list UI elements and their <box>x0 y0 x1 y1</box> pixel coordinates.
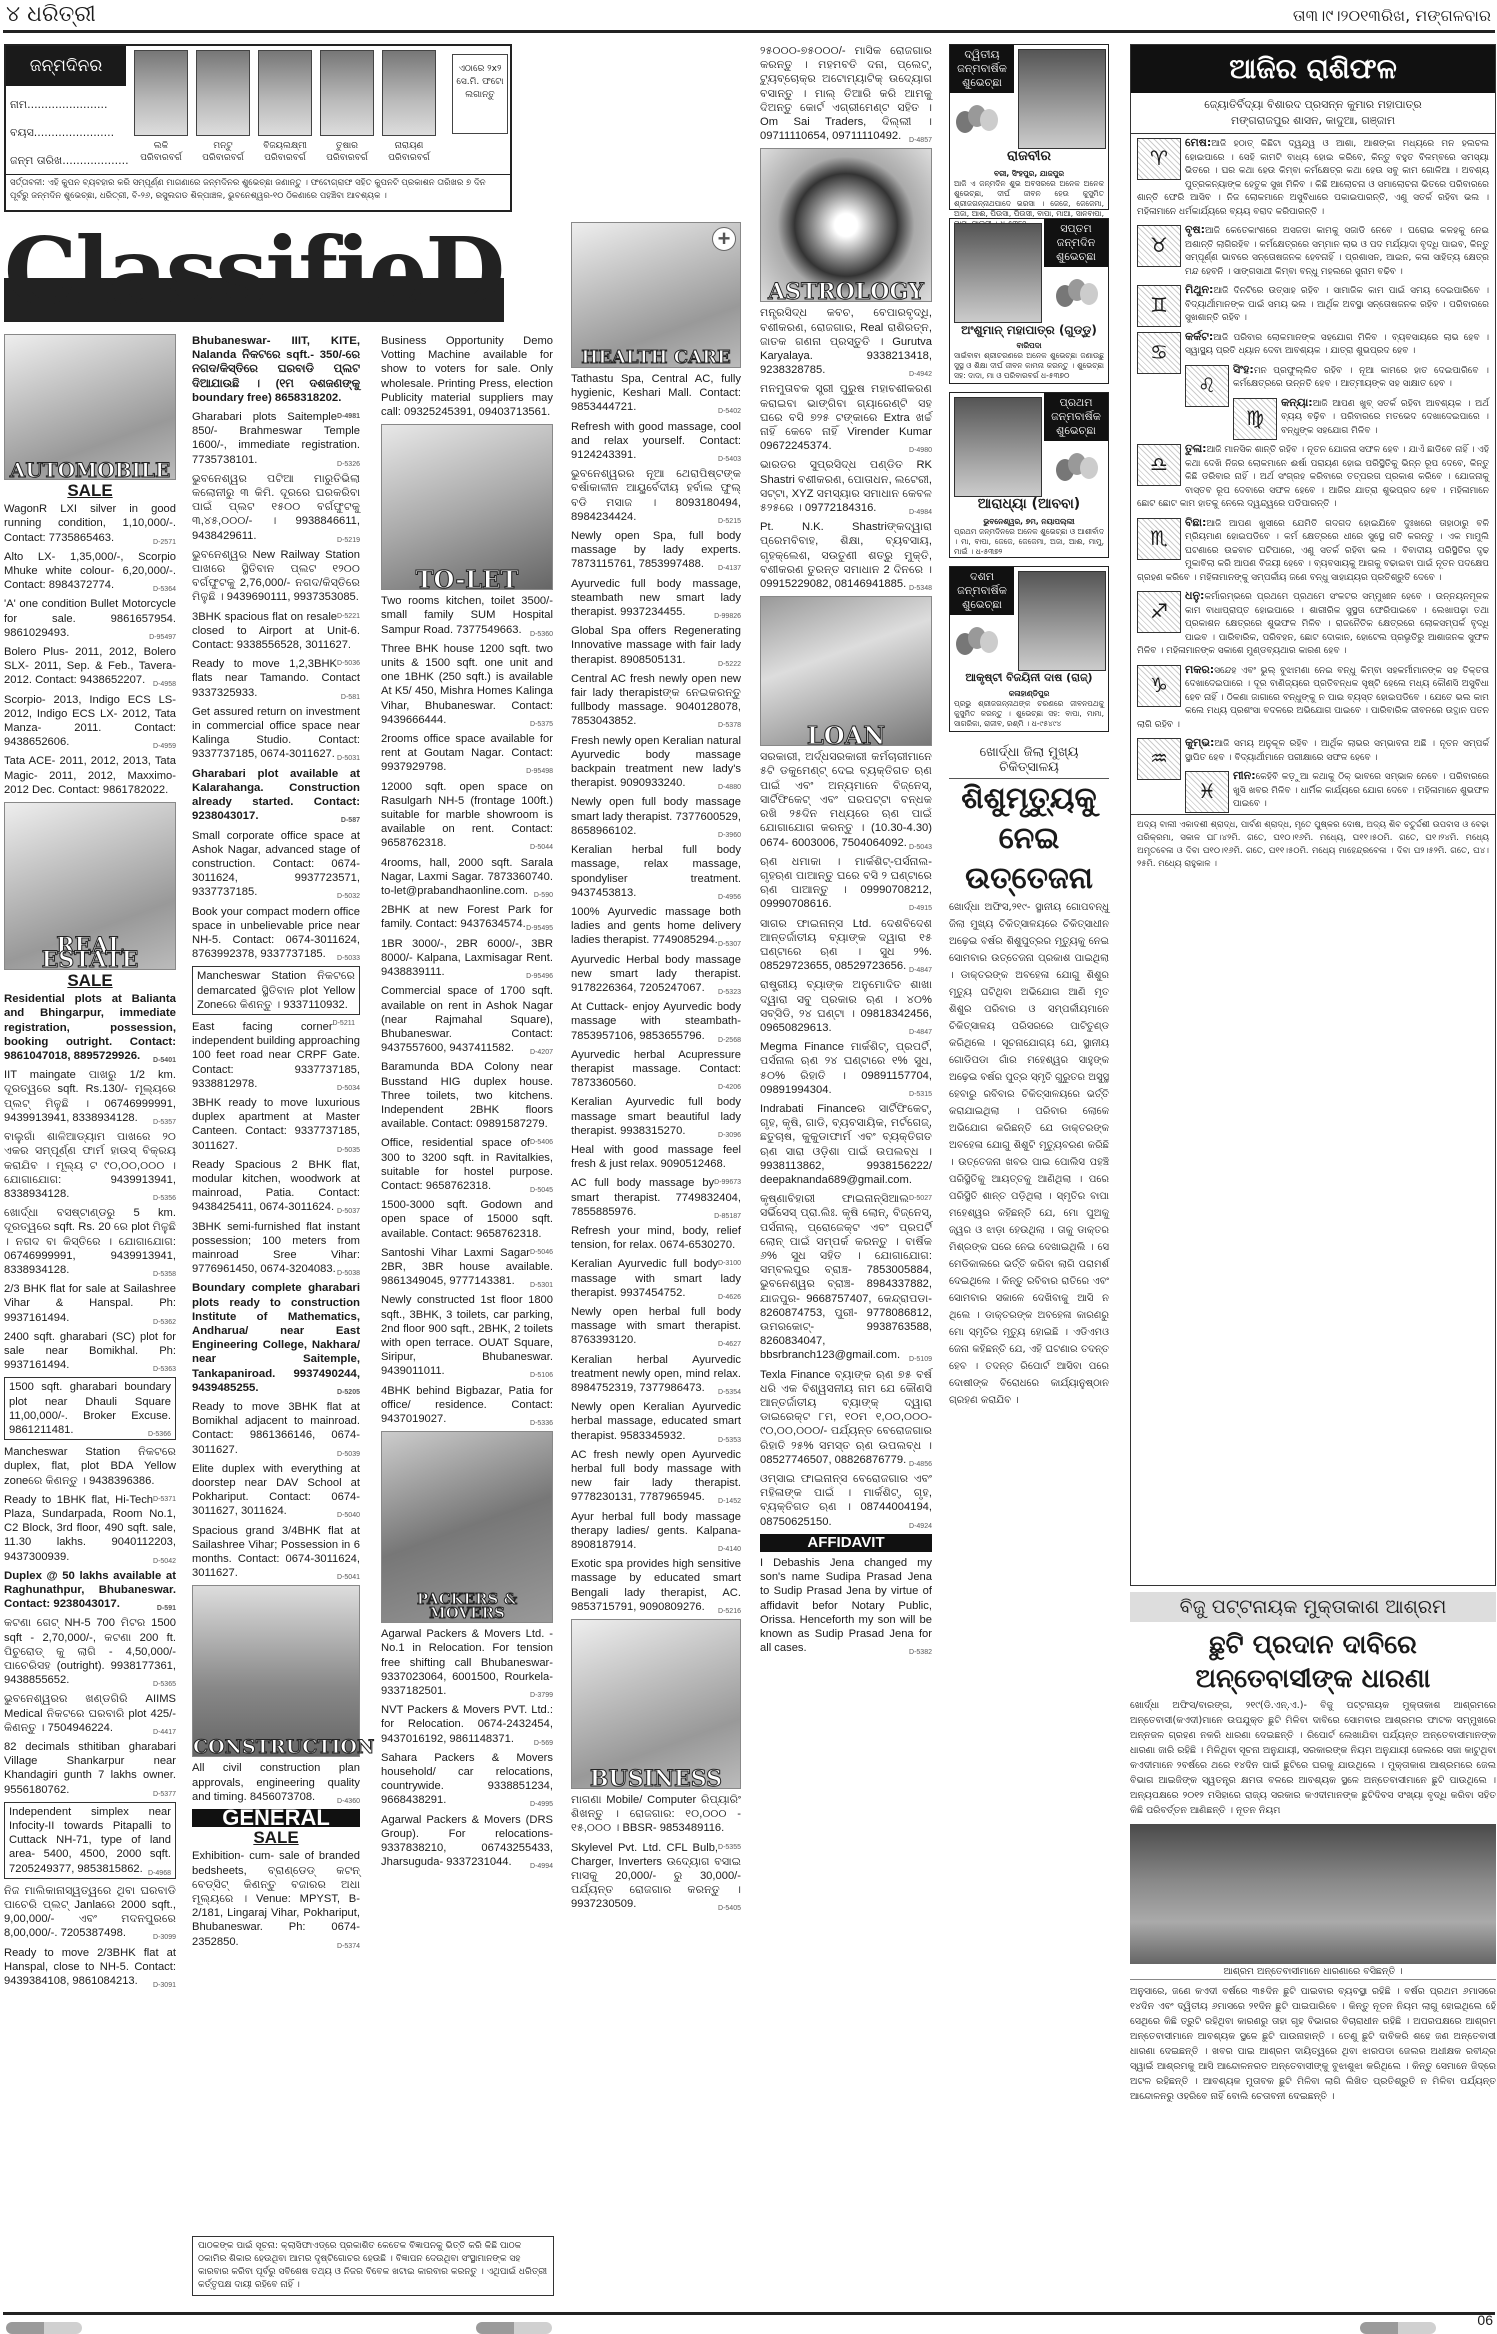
issue-date: ତା୩।୯।୨୦୧୩ରିଖ, ମଙ୍ଗଳବାର <box>1293 6 1491 26</box>
ad-text: Mancheswar Station ନିକଟରେ duplex, flat, … <box>4 1446 176 1486</box>
bday-message: ସାଇଁବାବା ଶ୍ରୀଚରଣରେ ଅନେକ ଶୁଭେଚ୍ଛା ଜଣାଉଛୁ … <box>954 351 1104 381</box>
ad-code: D-5323 <box>718 986 741 1000</box>
masthead: ୪ ଧରିତ୍ରୀ ତା୩।୯।୨୦୧୩ରିଖ, ମଙ୍ଗଳବାର <box>0 0 1497 32</box>
ad-code: D-5043 <box>909 841 932 855</box>
ad-text: ଭୁବନେଶ୍ୱର ପଟିଆ ମାରୁତିଭିଲା କଲୋନୀରୁ ୩ କିମି… <box>192 473 360 542</box>
classified-ad: Newly open full body massage smart lady … <box>571 795 741 838</box>
birthday-card: ସପ୍ତମ ଜନ୍ମଦିନ ଶୁଭେଚ୍ଛା ଅଂଶୁମାନ୍ ମହାପାତ୍ର… <box>949 218 1109 384</box>
ad-code: D-5336 <box>530 1417 553 1431</box>
ad-text: Three BHK house 1200 sqft. two units & 1… <box>381 643 553 726</box>
ad-text: 4BHK behind Bigbazar, Patia for office/ … <box>381 1385 553 1425</box>
page-label: ୪ ଧରିତ୍ରୀ <box>6 2 96 27</box>
top-rule <box>3 30 1495 33</box>
zodiac-icon: ♊ <box>1137 285 1181 327</box>
tolet-image: TO-LET <box>381 424 553 590</box>
ad-text: Tathastu Spa, Central AC, fully hygienic… <box>571 373 741 413</box>
ad-text: 3BHK spacious flat on resale closed to A… <box>192 611 360 651</box>
zodiac-text: ଆଜି ଆପଣ ଖୁବ୍ ସତର୍କ ରହିବା ଆବଶ୍ୟକ । ଅର୍ଥ ବ… <box>1281 399 1489 436</box>
classified-ad: Indrabati Financeର ସାର୍ଟିଫିକେଟ୍, ଗୃହ, କୃ… <box>760 1102 932 1187</box>
ad-text: Get assured return on investment in comm… <box>192 706 360 761</box>
ad-code: D-95496 <box>526 970 553 984</box>
zodiac-sign-entry: ♈ମେଷ:ଆଜି ହଠାତ୍ କିଛିଟା ଦ୍ୱନ୍ଦ୍ୱ ଓ ଆଶା, ଆଶ… <box>1131 134 1495 221</box>
zodiac-sign-entry: ♋କର୍କଟ:ଆଜି ପରିବାର ଲୋକମାନଙ୍କ ସହଯୋଗ ମିଳିବ … <box>1131 328 1495 361</box>
ad-code: D-5401 <box>153 1054 176 1068</box>
ad-text: ମନ୍ତ୍ରସିଦ୍ଧ କବଚ, ବେପାରବୃଦ୍ଧି, ବଶୀକରଣ, ରୋ… <box>760 307 932 376</box>
ad-code: D-591 <box>157 1602 176 1616</box>
ad-text: Keralian herbal full body massage, relax… <box>571 844 741 899</box>
ad-code: D-4137 <box>718 562 741 576</box>
ad-text: Alto LX- 1,35,000/-, Scorpio Mhuke white… <box>4 551 176 591</box>
ad-text: Santoshi Vihar Laxmi Sagar 2BR, 3BR hous… <box>381 1247 553 1287</box>
column-automobile-realestate: AUTOMOBILE SALE WagonR LXI silver in goo… <box>4 334 176 1993</box>
ad-code: D-4956 <box>718 891 741 905</box>
classified-ad: Refresh with good massage, cool and rela… <box>571 420 741 463</box>
classified-ad: ଭୁବନେଶ୍ୱରର ନୂଆ ଥେରାପିଷ୍ଟଙ୍କ ବର୍ଷାକାଳୀନ ଆ… <box>571 467 741 524</box>
loan-image: LOAN <box>760 596 932 746</box>
ad-text: ମାଗଣା Mobile/ Computer ରିପ୍ୟାରିଂ ଶିଖନ୍ତୁ… <box>571 1794 741 1834</box>
classified-ad: Newly open Spa, full body massage by lad… <box>571 529 741 572</box>
classified-ad: 1BR 3000/-, 2BR 6000/-, 3BR 8000/- Kalpa… <box>381 937 553 980</box>
ad-code: D-5035 <box>337 1144 360 1158</box>
classified-ad: ସରକାରୀ, ଅର୍ଦ୍ଧସରକାରୀ କର୍ମଚାରୀମାନେ ୫ଟି ଡକ… <box>760 750 932 849</box>
astrology-label: ASTROLOGY <box>761 285 931 299</box>
ad-text: କୃଷ୍ଣାବିହାରୀ ଫାଇନାନ୍ସିଆଲ ସର୍ଭିସେସ୍ ପ୍ରା.… <box>760 1193 932 1361</box>
ad-code: D-4857 <box>909 134 932 148</box>
ad-text: Duplex @ 50 lakhs available at Raghunath… <box>4 1570 176 1610</box>
zodiac-name: ତୁଳା: <box>1185 442 1207 455</box>
news-body: ଖୋର୍ଦ୍ଧା ଅଫିସ,୨୧୯- ସ୍ଥାନୀୟ ଗୋପବନ୍ଧୁ ଜିଲା… <box>949 899 1109 1409</box>
ad-code: D-2571 <box>153 536 176 550</box>
classified-ad: Two rooms kitchen, toilet 3500/- small f… <box>381 594 553 637</box>
zodiac-sign-entry: ♓ମୀନ:କେହିବି କଡ଼ୁଆ କଥାକୁ ଠିକ୍ ଭାବରେ ସମ୍ଭା… <box>1131 767 1495 814</box>
classified-ad: Keralian herbal Ayurvedic treatment newl… <box>571 1353 741 1396</box>
classified-ad: Tata ACE- 2011, 2012, 2013, Tata Magic- … <box>4 754 176 797</box>
ad-text: At Cuttack- enjoy Ayurvedic body massage… <box>571 1001 741 1041</box>
ad-text: ସାଗର ଫାଇନାନ୍ସ Ltd. ଦେଶବିଦେଶ ଆନ୍ତର୍ଜାତୀୟ … <box>760 918 932 973</box>
classified-ad: Gharabari plots Saitemple 850/- Brahmesw… <box>192 410 360 467</box>
ad-text: ଭୁବନେଶ୍ୱରର ଖଣ୍ଡଗିରି AIIMS Medical ନିକଟରେ… <box>4 1693 176 1733</box>
classified-ad: Pt. N.K. Shastriଙ୍କଦ୍ୱାରା ପ୍ରେମବିବାହ, ଶି… <box>760 520 932 591</box>
classified-ad: ସାଗର ଫାଇନାନ୍ସ Ltd. ଦେଶବିଦେଶ ଆନ୍ତର୍ଜାତୀୟ … <box>760 917 932 974</box>
article-kicker: ବିଜୁ ପଟ୍ଟନାୟକ ମୁକ୍ତାକାଶ ଆଶ୍ରମ <box>1130 1592 1496 1622</box>
astrology-image: ASTROLOGY <box>760 148 932 302</box>
classified-ad: IIT maingate ପାଖରୁ 1/2 km. ଦୂରତ୍ୱରେ sqft… <box>4 1068 176 1125</box>
classified-ad: ଓମ୍‌ସାଇ ଫାଇନାନ୍ସ ବେରୋଜଗାର ଏବଂ ମହିଳାଙ୍କ ପ… <box>760 1472 932 1529</box>
classified-ad: 2400 sqft. gharabari (SC) plot for sale … <box>4 1330 176 1373</box>
ad-text: Ready Spacious 2 BHK flat, modular kitch… <box>192 1159 360 1214</box>
balloons-icon <box>1056 453 1100 499</box>
zodiac-icon: ♒ <box>1137 738 1181 780</box>
ad-code: D-5031 <box>337 752 360 766</box>
ad-code: D-3091 <box>153 1979 176 1993</box>
classified-ad: Keralian Ayurvedic full body massage wit… <box>571 1257 741 1300</box>
birthday-coupon: ଜନ୍ମଦିନର ଶୁଭେଚ୍ଛା ନାମ...................… <box>4 44 512 212</box>
ad-text: Gharabari plots Saitemple 850/- Brahmesw… <box>192 411 360 466</box>
zodiac-sign-entry: ♐ଧନୁ:କର୍ମାରମ୍ଭରେ ପ୍ରଥମେ ପ୍ରଥମେ ସଂକଟର ସମ୍… <box>1131 587 1495 661</box>
classified-ad: Business Opportunity Demo Votting Machin… <box>381 334 553 419</box>
classified-ad: Newly open Keralian Ayurvedic herbal mas… <box>571 1400 741 1443</box>
sale-heading: SALE <box>192 1831 360 1845</box>
zodiac-name: ବିଛା: <box>1185 516 1206 529</box>
ad-code: D-5205 <box>337 1386 360 1400</box>
classified-ad: ଭୁବନେଶ୍ୱରର ଖଣ୍ଡଗିରି AIIMS Medical ନିକଟରେ… <box>4 1692 176 1735</box>
column-astrology-loan: ୨୫୦୦୦-୭୫୦୦୦/- ମାସିକ ରୋଜଗାର କରନ୍ତୁ । ମହମବ… <box>760 44 932 1660</box>
ad-code: D-5045 <box>530 1184 553 1198</box>
sale-heading: SALE <box>4 484 176 498</box>
classified-ad: Ready to move 3BHK flat at Bomikhal adja… <box>192 1400 360 1457</box>
classified-ad: Newly constructed 1st floor 1800 sqft., … <box>381 1293 553 1378</box>
classified-ad: Alto LX- 1,35,000/-, Scorpio Mhuke white… <box>4 550 176 593</box>
ad-code: D-2568 <box>718 1034 741 1048</box>
classified-ad: Residential plots at Balianta and Bhinga… <box>4 992 176 1063</box>
ad-text: Exotic spa provides high sensitive massa… <box>571 1558 741 1613</box>
news-headline: ଶିଶୁମୃତ୍ୟୁକୁ ନେଇ ଉତ୍ତେଜନା <box>949 779 1109 899</box>
automobile-image: AUTOMOBILE <box>4 334 176 480</box>
ad-code: D-5106 <box>530 1369 553 1383</box>
footer-decoration <box>476 2322 552 2334</box>
ad-code: D-5355 <box>718 1841 741 1855</box>
loan-label: LOAN <box>761 729 931 743</box>
zodiac-icon: ♋ <box>1137 332 1181 374</box>
ad-code: D-99826 <box>714 610 741 624</box>
ad-text: Keralian herbal Ayurvedic treatment newl… <box>571 1354 741 1394</box>
classified-ad: Baramunda BDA Colony near Busstand HIG d… <box>381 1060 553 1131</box>
ad-text: Book your compact modern office space in… <box>192 906 360 961</box>
classified-ad: Commercial space of 1700 sqft. available… <box>381 984 553 1055</box>
ad-text: 3BHK semi-furnished flat instant possess… <box>192 1221 360 1276</box>
healthcare-label: HEALTH CARE <box>572 351 740 365</box>
classified-ad: ୨୫୦୦୦-୭୫୦୦୦/- ମାସିକ ରୋଜଗାର କରନ୍ତୁ । ମହମବ… <box>760 44 932 143</box>
classified-ad: Megma Finance ମାର୍କଶିଟ୍, ପ୍ରପର୍ଟି, ପର୍ସନ… <box>760 1040 932 1097</box>
classified-ad: 100% Ayurvedic massage both ladies and g… <box>571 905 741 948</box>
zodiac-name: ମୀନ: <box>1233 769 1256 782</box>
business-label: BUSINESS <box>572 1772 740 1786</box>
ad-text: ଭୁବନେଶ୍ୱରର ନୂଆ ଥେରାପିଷ୍ଟଙ୍କ ବର୍ଷାକାଳୀନ ଆ… <box>571 468 741 523</box>
ad-text: East facing corner independent building … <box>192 1021 360 1090</box>
child-name: ଆକୃଷ୍ଟୀ ବିଜୟିନୀ ଦାଷ (ରାଜ୍) <box>950 673 1108 683</box>
ad-code: D-569 <box>534 1737 553 1751</box>
ad-code: D-5348 <box>909 582 932 596</box>
ad-code: D-5215 <box>718 515 741 529</box>
ad-text: ବାଲୁଗାଁ ଶାଳିଆଡ୍ୟାମ ପାଖରେ ୨୦ ଏକର ସମ୍ପୂର୍ଣ… <box>4 1131 176 1200</box>
ad-text: NVT Packers & Movers PVT. Ltd.: for Relo… <box>381 1704 553 1744</box>
ad-text: 2/3 BHK flat for sale at Sailashree Viha… <box>4 1283 176 1323</box>
zodiac-text: କେହିବି କଡ଼ୁଆ କଥାକୁ ଠିକ୍ ଭାବରେ ସମ୍ଭାଳ ନେବ… <box>1233 772 1489 809</box>
classified-ad: Book your compact modern office space in… <box>192 905 360 962</box>
portrait-photo <box>258 50 312 136</box>
ad-code: D-5402 <box>718 405 741 419</box>
ad-code: D-5364 <box>153 583 176 597</box>
ad-code: D-85187 <box>714 1210 741 1224</box>
healthcare-image: + HEALTH CARE <box>571 222 741 368</box>
news-article: ବିଜୁ ପଟ୍ଟନାୟକ ମୁକ୍ତାକାଶ ଆଶ୍ରମ ଛୁଟି ପ୍ରଦା… <box>1130 1592 1496 2104</box>
classified-ad: ମନ୍ତ୍ରସିଦ୍ଧ କବଚ, ବେପାରବୃଦ୍ଧି, ବଶୀକରଣ, ରୋ… <box>760 306 932 377</box>
zodiac-text: ମନ ପ୍ରଫୁଲ୍ଲିତ ରହିବ । ନୂଆ କାମରେ ହାତ ଦେଇପା… <box>1233 366 1489 390</box>
tolet-label: TO-LET <box>382 573 552 587</box>
column-healthcare: + HEALTH CARE Tathastu Spa, Central AC, … <box>571 222 741 1917</box>
classified-ad: କୃଷ୍ଣାବିହାରୀ ଫାଇନାନ୍ସିଆଲ ସର୍ଭିସେସ୍ ପ୍ରା.… <box>760 1192 932 1362</box>
classified-ad: Texla Finance ବ୍ୟାଙ୍କ ଋଣ ୭୫ ବର୍ଷ ଧରି ଏକ … <box>760 1368 932 1467</box>
child-photo <box>1018 571 1106 671</box>
ad-text: 4rooms, hall, 2000 sqft. Sarala Nagar, L… <box>381 857 553 897</box>
ad-text: Ready to move 3BHK flat at Bomikhal adja… <box>192 1401 360 1456</box>
classified-logo: ClassifieD <box>4 218 504 324</box>
classified-ad: 82 decimals sthitiban gharabari Village … <box>4 1740 176 1797</box>
classified-ad: Ready Spacious 2 BHK flat, modular kitch… <box>192 1158 360 1215</box>
ad-text: Newly open Spa, full body massage by lad… <box>571 530 741 570</box>
zodiac-icon: ♐ <box>1137 591 1181 633</box>
child-place: କଳାହାଣ୍ଡିପୁର <box>954 689 1104 699</box>
classified-ad: ରାଷ୍ଟ୍ରୀୟ ବ୍ୟାଙ୍କ ଅନୁମୋଦିତ ଶାଖା ଦ୍ୱାରା ସ… <box>760 978 932 1035</box>
classified-ad: Ayurvedic herbal Acupressure therapist m… <box>571 1048 741 1091</box>
classified-ad: Ready to 1BHK flat, Hi-Tech Plaza, Sunda… <box>4 1493 176 1564</box>
ad-text: 3BHK ready to move luxurious duplex apar… <box>192 1097 360 1152</box>
ad-code: D-5326 <box>337 458 360 472</box>
ad-text: ଓମ୍‌ସାଇ ଫାଇନାନ୍ସ ବେରୋଜଗାର ଏବଂ ମହିଳାଙ୍କ ପ… <box>760 1473 932 1528</box>
classified-ad: NVT Packers & Movers PVT. Ltd.: for Relo… <box>381 1703 553 1746</box>
ad-code: D-4981 <box>337 410 360 424</box>
classified-ad: Boundary complete gharabari plots ready … <box>192 1281 360 1395</box>
article-body: ଖୋର୍ଦ୍ଧା ଅଫିସ/ବାରଙ୍ଗ, ୨୧୯(ଡି.ଏନ୍.ଏ.)- ବି… <box>1130 1698 1496 1818</box>
ad-code: D-3100 <box>718 1257 741 1271</box>
bottom-rule <box>3 2312 1495 2315</box>
ad-code: D-5216 <box>718 1605 741 1619</box>
ad-code: D-3096 <box>718 1129 741 1143</box>
ad-text: Megma Finance ମାର୍କଶିଟ୍, ପ୍ରପର୍ଟି, ପର୍ସନ… <box>760 1041 932 1096</box>
coupon-title: ଜନ୍ମଦିନର ଶୁଭେଚ୍ଛା <box>6 46 126 86</box>
ad-code: D-3960 <box>718 829 741 843</box>
zodiac-icon: ♈ <box>1137 138 1181 180</box>
zodiac-sign-entry: ♎ତୁଳା:ଆଜି ମାନସିକ ଶାନ୍ତି ରହିବ । ନୂତନ ଯୋଜନ… <box>1131 440 1495 514</box>
ad-code: D-4207 <box>530 1046 553 1060</box>
birthday-card: ଦ୍ୱିତୀୟ ଜନ୍ମବାର୍ଷିକ ଶୁଭେଚ୍ଛା ରାଜବୀର ବରୀ,… <box>949 44 1109 210</box>
ad-text: Newly open Keralian Ayurvedic herbal mas… <box>571 1401 741 1441</box>
classified-ad: Ayur herbal full body massage therapy la… <box>571 1510 741 1553</box>
child-place: ବରୀ, ସିଂହପୁର, ଯାଜପୁର <box>954 169 1104 179</box>
dob-field: ଜନ୍ମ ତାରିଖ................... <box>10 154 129 168</box>
classified-ad: Central AC fresh newly open new fair lad… <box>571 672 741 729</box>
ad-text: Elite duplex with everything at doorstep… <box>192 1463 360 1518</box>
photo-caption: ଆଶ୍ରମ ଅନ୍ତେବାସୀମାନେ ଧାରଣାରେ ବସିଛନ୍ତି । <box>1130 1966 1496 1980</box>
ad-code: D-587 <box>341 814 360 828</box>
ad-text: Ready to move 2/3BHK flat at Hanspal, cl… <box>4 1947 176 1987</box>
ad-text: ସରକାରୀ, ଅର୍ଦ୍ଧସରକାରୀ କର୍ମଚାରୀମାନେ ୫ଟି ଡକ… <box>760 751 932 848</box>
birthday-card: ଦଶମ ଜନ୍ମବାର୍ଷିକ ଶୁଭେଚ୍ଛା ଆକୃଷ୍ଟୀ ବିଜୟିନୀ… <box>949 566 1109 732</box>
classified-ad: ଖୋର୍ଦ୍ଧା ବସଷ୍ଟାଣ୍ଡରୁ 5 km. ଦୂରତ୍ୱରେ sqft… <box>4 1206 176 1277</box>
classified-ad: Refresh your mind, body, relief tension,… <box>571 1224 741 1252</box>
ad-code: D-4924 <box>909 1520 932 1534</box>
bday-message: ପ୍ରଥମ ଜନ୍ମଦିନରେ ଅନେକ ଶୁଭେଚ୍ଛା ଓ ଆଶୀର୍ବାଦ… <box>954 527 1104 557</box>
article-photo <box>1130 1824 1496 1964</box>
balloons-icon <box>956 105 1000 151</box>
ad-text: Tata ACE- 2011, 2012, 2013, Tata Magic- … <box>4 755 176 795</box>
ad-code: D-5362 <box>153 1316 176 1330</box>
ad-code: D-5042 <box>153 1555 176 1569</box>
ad-code: D-5109 <box>909 1353 932 1367</box>
ad-code: D-5357 <box>153 1116 176 1130</box>
ad-code: D-5371 <box>153 1493 176 1507</box>
ad-text: Boundary complete gharabari plots ready … <box>192 1282 360 1393</box>
classified-ad: 3BHK ready to move luxurious duplex apar… <box>192 1096 360 1153</box>
ad-code: D-4856 <box>909 1458 932 1472</box>
zodiac-sign-entry: ♌ସିଂହ:ମନ ପ୍ରଫୁଲ୍ଲିତ ରହିବ । ନୂଆ କାମରେ ହାତ… <box>1131 361 1495 394</box>
ad-code: D-590 <box>534 889 553 903</box>
ad-text: Agarwal Packers & Movers Ltd. - No.1 in … <box>381 1628 553 1697</box>
ad-text: Sahara Packers & Movers household/ car r… <box>381 1752 553 1807</box>
business-image: BUSINESS <box>571 1619 741 1789</box>
classified-ad: 'A' one condition Bullet Motorcycle for … <box>4 597 176 640</box>
classified-ad: Mancheswar Station ନିକଟରେ demarcated ସ୍ଥ… <box>192 966 360 1015</box>
classified-ad: 4rooms, hall, 2000 sqft. Sarala Nagar, L… <box>381 856 553 899</box>
ad-code: D-5377 <box>153 1788 176 1802</box>
classified-ad: Three BHK house 1200 sqft. two units & 1… <box>381 642 553 727</box>
portrait-photo <box>320 50 374 136</box>
ad-code: D-5221 <box>337 610 360 624</box>
logo-text: ClassifieD <box>4 218 504 324</box>
ad-text: Skylevel Pvt. Ltd. CFL Bulb, Charger, In… <box>571 1842 741 1911</box>
ad-text: Mancheswar Station ନିକଟରେ demarcated ସ୍ଥ… <box>197 970 355 1010</box>
photo-caption: ଲକିପରିବାରବର୍ଗ <box>126 140 196 164</box>
ad-text: Central AC fresh newly open new fair lad… <box>571 673 741 728</box>
classified-ad: 3BHK spacious flat on resale closed to A… <box>192 610 360 653</box>
classified-ad: Exhibition- cum- sale of branded bedshee… <box>192 1849 360 1948</box>
ad-text: IIT maingate ପାଖରୁ 1/2 km. ଦୂରତ୍ୱରେ sqft… <box>4 1069 176 1124</box>
ad-code: D-5039 <box>337 1448 360 1462</box>
ad-code: D-5037 <box>337 1205 360 1219</box>
astrologer-name: ଜ୍ୟୋତିର୍ବିଦ୍ୟା ବିଶାରଦ ପ୍ରସନ୍ନ କୁମାର ମହାପ… <box>1131 97 1495 113</box>
classified-ad: ଭୁବନେଶ୍ୱର New Railway Station ପାଖରେ ସ୍ଥି… <box>192 548 360 605</box>
ad-text: Business Opportunity Demo Votting Machin… <box>381 335 553 418</box>
ad-code: D-4980 <box>909 444 932 458</box>
zodiac-sign-entry: ♏ବିଛା:ଆଜି ଆପଣ ଖୁସୀରେ ଯେମିତି ଗଦଗଦ ହୋଇଯିବେ… <box>1131 514 1495 588</box>
zodiac-icon: ♌ <box>1185 365 1229 407</box>
construction-image: CONSTRUCTION <box>192 1585 360 1757</box>
portrait-photo <box>134 50 188 136</box>
classified-ad: Ayurvedic full body massage, steambath n… <box>571 577 741 620</box>
news-kicker: ଖୋର୍ଦ୍ଧା ଜିଲା ମୁଖ୍ୟ ଚିକିତ୍ସାଳୟ <box>949 745 1109 779</box>
ad-code: D-3099 <box>153 1931 176 1945</box>
ad-code: D-4140 <box>718 1543 741 1557</box>
bday-message: ପ୍ରଭୁ ଶ୍ରୀଜଗନ୍ନାଥଙ୍କ ଚରଣରେ ଜୀବନପଥକୁ କୁସୁ… <box>954 699 1104 729</box>
classified-ad: ମନମୁତାବକ ସ୍ତ୍ରୀ ପୁରୁଷ ମହାବଶୀକରଣ କରାଇବା ଭ… <box>760 382 932 453</box>
zodiac-icon: ♍ <box>1233 398 1277 440</box>
ad-code: D-5219 <box>337 534 360 548</box>
ad-text: 82 decimals sthitiban gharabari Village … <box>4 1741 176 1796</box>
photo-caption: ମନ୍ଟୁପରିବାରବର୍ଗ <box>188 140 258 164</box>
bday-tag: ଦଶମ ଜନ୍ମବାର୍ଷିକ ଶୁଭେଚ୍ଛା <box>950 567 1014 615</box>
ad-code: D-95498 <box>526 765 553 779</box>
ad-code: D-5041 <box>337 1571 360 1585</box>
ad-code: D-4847 <box>909 1026 932 1040</box>
classified-ad: Small corporate office space at Ashok Na… <box>192 829 360 900</box>
classified-ad: 2rooms office space available for rent a… <box>381 732 553 775</box>
ad-code: D-4994 <box>530 1860 553 1874</box>
zodiac-text: ଆଜି କେତେକାଂଶରେ ଅସଜଡା କାମକୁ ସଜାଡି ନେବେ । … <box>1185 226 1489 277</box>
child-name: ଅଂଶୁମାନ୍ ମହାପାତ୍ର (ଗୁଡ୍ଡୁ) <box>950 325 1108 335</box>
birthday-card: ପ୍ରଥମ ଜନ୍ମବାର୍ଷିକ ଶୁଭେଚ୍ଛା ଆରାଧ୍ୟା (ଆବବା… <box>949 392 1109 558</box>
realestate-image: REAL ESTATE <box>4 802 176 970</box>
article-body-cont: ଅନୁସାରେ, ଜଣେ କଏଦୀ ବର୍ଷରେ ୩୫ଦିନ ଛୁଟି ପାଇବ… <box>1130 1984 1496 2104</box>
ad-code: D-1452 <box>718 1495 741 1509</box>
article-headline: ଛୁଟି ପ୍ରଦାନ ଦାବିରେ ଅନ୍ତେବାସୀଙ୍କ ଧାରଣା <box>1130 1622 1496 1698</box>
ad-code: D-3799 <box>530 1689 553 1703</box>
classified-ad: Spacious grand 3/4BHK flat at Sailashree… <box>192 1524 360 1581</box>
classified-ad: Ready to move 2/3BHK flat at Hanspal, cl… <box>4 1946 176 1989</box>
classified-ad: Agarwal Packers & Movers (DRS Group). Fo… <box>381 1813 553 1870</box>
ad-text: ଖୋର୍ଦ୍ଧା ବସଷ୍ଟାଣ୍ଡରୁ 5 km. ଦୂରତ୍ୱରେ sqft… <box>4 1207 176 1276</box>
ad-text: ମନମୁତାବକ ସ୍ତ୍ରୀ ପୁରୁଷ ମହାବଶୀକରଣ କରାଇବା ଭ… <box>760 383 932 452</box>
ad-text: Refresh with good massage, cool and rela… <box>571 421 741 461</box>
classified-ad: 2/3 BHK flat for sale at Sailashree Viha… <box>4 1282 176 1325</box>
ad-text: Ayurvedic Herbal body massage new smart … <box>571 954 741 994</box>
ad-code: D-5032 <box>337 890 360 904</box>
classified-ad: Exotic spa provides high sensitive massa… <box>571 1557 741 1614</box>
ad-code: D-5365 <box>153 1678 176 1692</box>
footer-decoration <box>1360 2322 1436 2334</box>
ad-text: Two rooms kitchen, toilet 3500/- small f… <box>381 595 553 635</box>
ad-code: D-95497 <box>149 631 176 645</box>
classified-ad: 1500 sqft. gharabari boundary plot near … <box>4 1377 176 1440</box>
ad-text: Fresh newly open Keralian natural Ayurve… <box>571 735 741 790</box>
ad-code: D-5360 <box>530 628 553 642</box>
ad-text: Global Spa offers Regenerating Innovativ… <box>571 625 741 665</box>
ad-code: D-5307 <box>718 938 741 952</box>
ad-text: Refresh your mind, body, relief tension,… <box>571 1225 741 1251</box>
zodiac-text: ଆଜି ହଠାତ୍ କିଛିଟା ଦ୍ୱନ୍ଦ୍ୱ ଓ ଆଶା, ଆଶଙ୍କା … <box>1137 139 1489 217</box>
classified-ad: Keralian Ayurvedic full body massage sma… <box>571 1095 741 1138</box>
ad-text: Bolero Plus- 2011, 2012, Bolero SLX- 201… <box>4 646 176 686</box>
classified-ad: Scorpio- 2013, Indigo ECS LS- 2012, Indi… <box>4 693 176 750</box>
ad-code: D-5363 <box>153 1363 176 1377</box>
classified-ad: Office, residential space of 300 to 3200… <box>381 1136 553 1193</box>
column-realestate-cont: Bhubaneswar- IIIT, KITE, Nalanda ନିକଟରେ … <box>192 334 360 1954</box>
astrologer-place: ମଙ୍ଗରାଜପୁର ଶାସନ, କାଦୁଆ, ଗଞ୍ଜାମ <box>1131 113 1495 129</box>
classified-ad: Independent simplex near Infocity-II tow… <box>4 1802 176 1879</box>
zodiac-name: ମେଷ: <box>1185 136 1211 149</box>
classified-ad: Mancheswar Station ନିକଟରେ duplex, flat, … <box>4 1445 176 1488</box>
ad-text: Small corporate office space at Ashok Na… <box>192 830 360 899</box>
child-photo <box>954 223 1042 323</box>
ad-code: D-5040 <box>337 1509 360 1523</box>
classified-ad: Bolero Plus- 2011, 2012, Bolero SLX- 201… <box>4 645 176 688</box>
classified-ad: At Cuttack- enjoy Ayurvedic body massage… <box>571 1000 741 1043</box>
page-number: 06 <box>1477 2312 1493 2328</box>
ad-text: Agarwal Packers & Movers (DRS Group). Fo… <box>381 1814 553 1869</box>
ad-text: 1500-3000 sqft. Godown and open space of… <box>381 1199 553 1239</box>
child-photo <box>954 397 1042 497</box>
ad-text: Texla Finance ବ୍ୟାଙ୍କ ଋଣ ୭୫ ବର୍ଷ ଧରି ଏକ … <box>760 1369 932 1466</box>
classified-ad: Sahara Packers & Movers household/ car r… <box>381 1751 553 1808</box>
ad-text: Newly constructed 1st floor 1800 sqft., … <box>381 1294 553 1377</box>
ad-text: Bhubaneswar- IIIT, KITE, Nalanda ନିକଟରେ … <box>192 335 360 404</box>
ad-code: D-5406 <box>530 1136 553 1150</box>
panchang: ଅଦ୍ୟ ବାଲୀ ଏକାଦଶୀ ଶ୍ରାଦ୍ଧ, ପାର୍ବଣ ଶ୍ରାଦ୍ଧ… <box>1131 814 1495 875</box>
zodiac-name: ମକର: <box>1185 663 1214 676</box>
child-place: ବାରିପଦା <box>954 341 1104 351</box>
classified-ad: AC fresh newly open Ayurvedic herbal ful… <box>571 1448 741 1505</box>
ad-code: D-5353 <box>718 1434 741 1448</box>
ad-code: D-5036 <box>337 657 360 671</box>
zodiac-sign-entry: ♑ମକର:ସନ୍ଦେହ ଏବଂ ଭୁଲ୍ ବୁଝାମଣା ନେଇ ବନ୍ଧୁ କ… <box>1131 661 1495 735</box>
classified-ad: କଟଣା ଗେଟ୍ NH-5 700 ମିଟର 1500 sqft - 2,70… <box>4 1616 176 1687</box>
classified-ad: Keralian herbal full body massage, relax… <box>571 843 741 900</box>
zodiac-name: ଧନୁ: <box>1185 589 1204 602</box>
ad-text: ଭୁବନେଶ୍ୱର New Railway Station ପାଖରେ ସ୍ଥି… <box>192 549 360 604</box>
footer-decoration <box>6 2322 82 2334</box>
ad-code: D-5358 <box>153 1268 176 1282</box>
general-heading: GENERAL <box>192 1809 360 1827</box>
classified-ad: Elite duplex with everything at doorstep… <box>192 1462 360 1519</box>
